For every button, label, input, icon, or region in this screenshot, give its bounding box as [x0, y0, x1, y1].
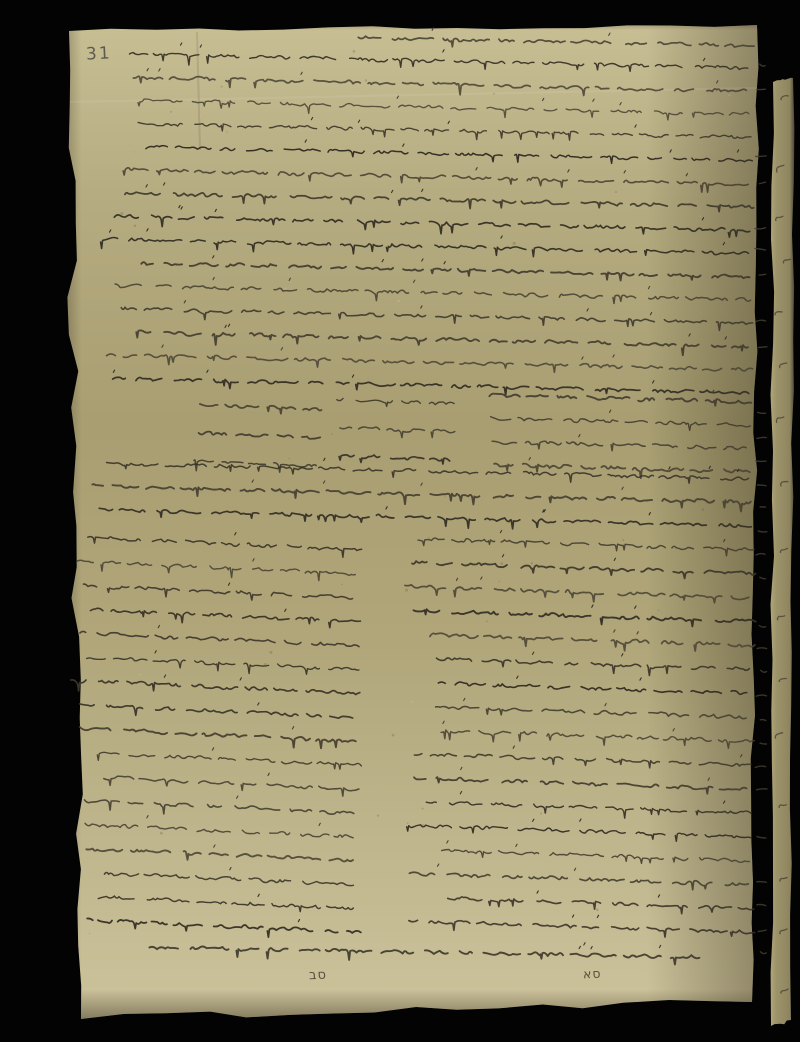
page-number: 31	[85, 43, 112, 64]
adjacent-page-edge	[771, 78, 795, 1026]
folio-mark-right: סא	[583, 966, 602, 982]
binding-edge-letter-fragments	[755, 64, 767, 953]
manuscript-scan	[0, 0, 800, 1042]
folio-mark-left: סב	[309, 968, 327, 984]
photo-backdrop: 31 סב סא	[0, 0, 800, 1042]
